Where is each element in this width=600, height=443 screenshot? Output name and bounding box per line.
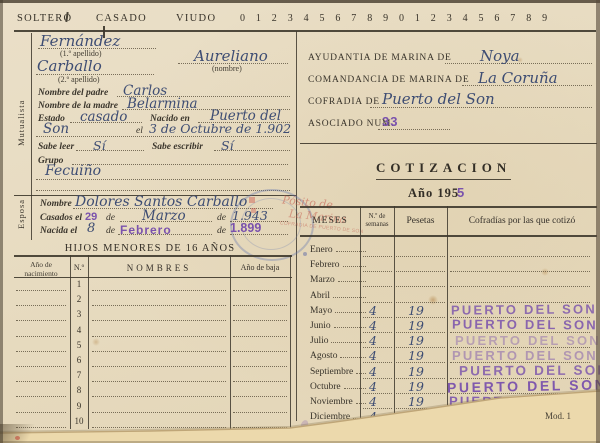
dotted-line: [70, 122, 142, 123]
nacida-anio-stamp: 1.899: [230, 221, 261, 235]
leader-dots: [331, 336, 366, 343]
dotted-line: [120, 221, 212, 222]
red-stamp-mark: [249, 197, 255, 203]
cofradia-value: Puerto del Son: [382, 90, 495, 108]
status-soltero: SOLTERO: [17, 13, 72, 24]
hijos-row: 6: [14, 354, 290, 369]
dotted-line: [118, 234, 212, 235]
status-viudo: VIUDO: [176, 13, 216, 24]
dotted-line: [36, 179, 290, 180]
dotted-line: [378, 129, 450, 130]
col-meses: MESES: [300, 216, 360, 226]
hijos-row: 3: [14, 308, 290, 323]
semanas-value: 4: [369, 333, 377, 348]
month-label: Enero: [310, 245, 333, 255]
dotted-line: [36, 190, 290, 191]
esposa-nombre-label: Nombre: [40, 199, 72, 209]
rule: [14, 255, 292, 257]
digit-scale: 0 1 2 3 4 5 6 7 8 9 0 1 2 3 4 5 6 7 8 9: [240, 13, 551, 24]
cotizacion-title: COTIZACION: [376, 160, 511, 180]
leader-dots: [356, 367, 366, 374]
cofradia-label: COFRADIA DE: [308, 97, 380, 107]
month-label: Marzo: [310, 275, 335, 285]
rule: [300, 206, 597, 208]
cotizacion-row: Marzo: [300, 274, 592, 289]
month-label: Julio: [310, 336, 328, 346]
year-label: Año 195: [408, 186, 459, 201]
mod-label: Mod. 1: [545, 411, 571, 421]
comandancia-label: COMANDANCIA DE MARINA DE: [308, 75, 469, 85]
puerto-del-son-stamp: PUERTO DEL SON: [452, 348, 598, 363]
pesetas-value: 19: [408, 333, 424, 348]
month-label: Septiembre: [310, 367, 353, 377]
dotted-line: [72, 164, 288, 165]
asociado-num-stamp: 33: [382, 114, 398, 129]
leader-dots: [343, 260, 366, 267]
leader-dots: [338, 275, 366, 282]
comandancia-value: La Coruña: [478, 69, 558, 87]
ink-smudge: [303, 252, 307, 256]
leader-dots: [333, 291, 366, 298]
scan-edge-top: [0, 0, 600, 3]
rule: [31, 33, 32, 240]
dotted-line: [214, 150, 290, 151]
dotted-line: [76, 150, 144, 151]
cotizacion-row: Enero: [300, 244, 592, 259]
leader-dots: [335, 306, 366, 313]
status-casado: CASADO: [96, 13, 147, 24]
leader-dots: [336, 245, 366, 252]
leader-dots: [340, 351, 366, 358]
apellido2-value: Carballo: [37, 57, 102, 75]
semanas-value: 4: [369, 364, 377, 379]
semanas-value: 4: [369, 303, 377, 318]
casados-label: Casados el: [40, 213, 82, 223]
pesetas-value: 19: [408, 318, 424, 333]
scan-edge-left: [0, 0, 3, 443]
sabe-leer-label: Sabe leer: [38, 142, 74, 152]
nombre-label: (nombre): [212, 64, 242, 73]
hijos-row: 7: [14, 369, 290, 384]
de-label: de: [217, 213, 226, 223]
rule: [300, 235, 597, 237]
sabe-escribir-label: Sabe escribir: [152, 142, 203, 152]
hijos-row: 4: [14, 324, 290, 339]
hijos-row: 2: [14, 293, 290, 308]
nacida-dia-value: 8: [87, 221, 95, 236]
fecha-nacimiento-value: 3 de Octubre de 1.902: [149, 121, 291, 136]
pesetas-value: 19: [408, 303, 424, 318]
de-label: de: [217, 226, 226, 236]
hijos-table-title: HIJOS MENORES DE 16 AÑOS: [50, 243, 250, 254]
apellido2-label: (2.º apellido): [58, 75, 100, 84]
red-speck: [15, 436, 20, 440]
month-label: Agosto: [310, 351, 337, 361]
dotted-line: [230, 234, 288, 235]
year-stamp: 5: [457, 185, 464, 200]
mutualista-card: SOLTERO CASADO VIUDO 0 1 2 3 4 5 6 7 8 9…: [0, 0, 600, 443]
hijos-row: 5: [14, 339, 290, 354]
scan-edge-right: [596, 0, 600, 443]
torn-corner: [0, 385, 600, 443]
month-label: Mayo: [310, 306, 332, 316]
puerto-del-son-stamp: PUERTO DEL SON: [455, 333, 600, 348]
month-label: Junio: [310, 321, 331, 331]
col-pesetas: Pesetas: [394, 216, 447, 226]
puerto-del-son-stamp: PUERTO DEL SON: [452, 317, 598, 333]
month-label: Abril: [310, 291, 330, 301]
de-label: de: [106, 226, 115, 236]
col-anio-baja: Año de baja: [230, 263, 290, 272]
month-label: Febrero: [310, 260, 340, 270]
grupo-value: Fecuiño: [45, 163, 101, 179]
padre-label: Nombre del padre: [38, 88, 108, 98]
ayudantia-value: Noya: [480, 47, 520, 65]
hijos-row: 1: [14, 278, 290, 293]
pesetas-value: 19: [408, 364, 424, 379]
col-semanas: N.º de semanas: [360, 213, 394, 229]
ayudantia-label: AYUDANTIA DE MARINA DE: [308, 53, 452, 63]
cotizacion-row: Febrero: [300, 259, 592, 274]
semanas-value: 4: [369, 348, 377, 363]
col-anio-nacimiento: Año de nacimiento: [14, 260, 68, 278]
semanas-value: 4: [369, 318, 377, 333]
nacido-en-value2: Son: [43, 121, 69, 137]
section-label-esposa: Esposa: [16, 194, 26, 234]
pesetas-value: 19: [408, 348, 424, 363]
col-cofradias: Cofradías por las que cotizó: [447, 216, 597, 226]
puerto-del-son-stamp: PUERTO DEL SON: [451, 301, 597, 317]
de-label: de: [106, 213, 115, 223]
el-label: el: [136, 126, 143, 136]
leader-dots: [334, 321, 366, 328]
col-nombres: NOMBRES: [88, 263, 230, 273]
dotted-line: [36, 136, 290, 137]
col-numero: N.º: [70, 263, 88, 272]
rule: [300, 143, 597, 144]
red-stamp-mark: [251, 208, 256, 213]
nacida-label: Nacida el: [40, 226, 77, 236]
section-label-mutualista: Mutualista: [16, 73, 26, 173]
